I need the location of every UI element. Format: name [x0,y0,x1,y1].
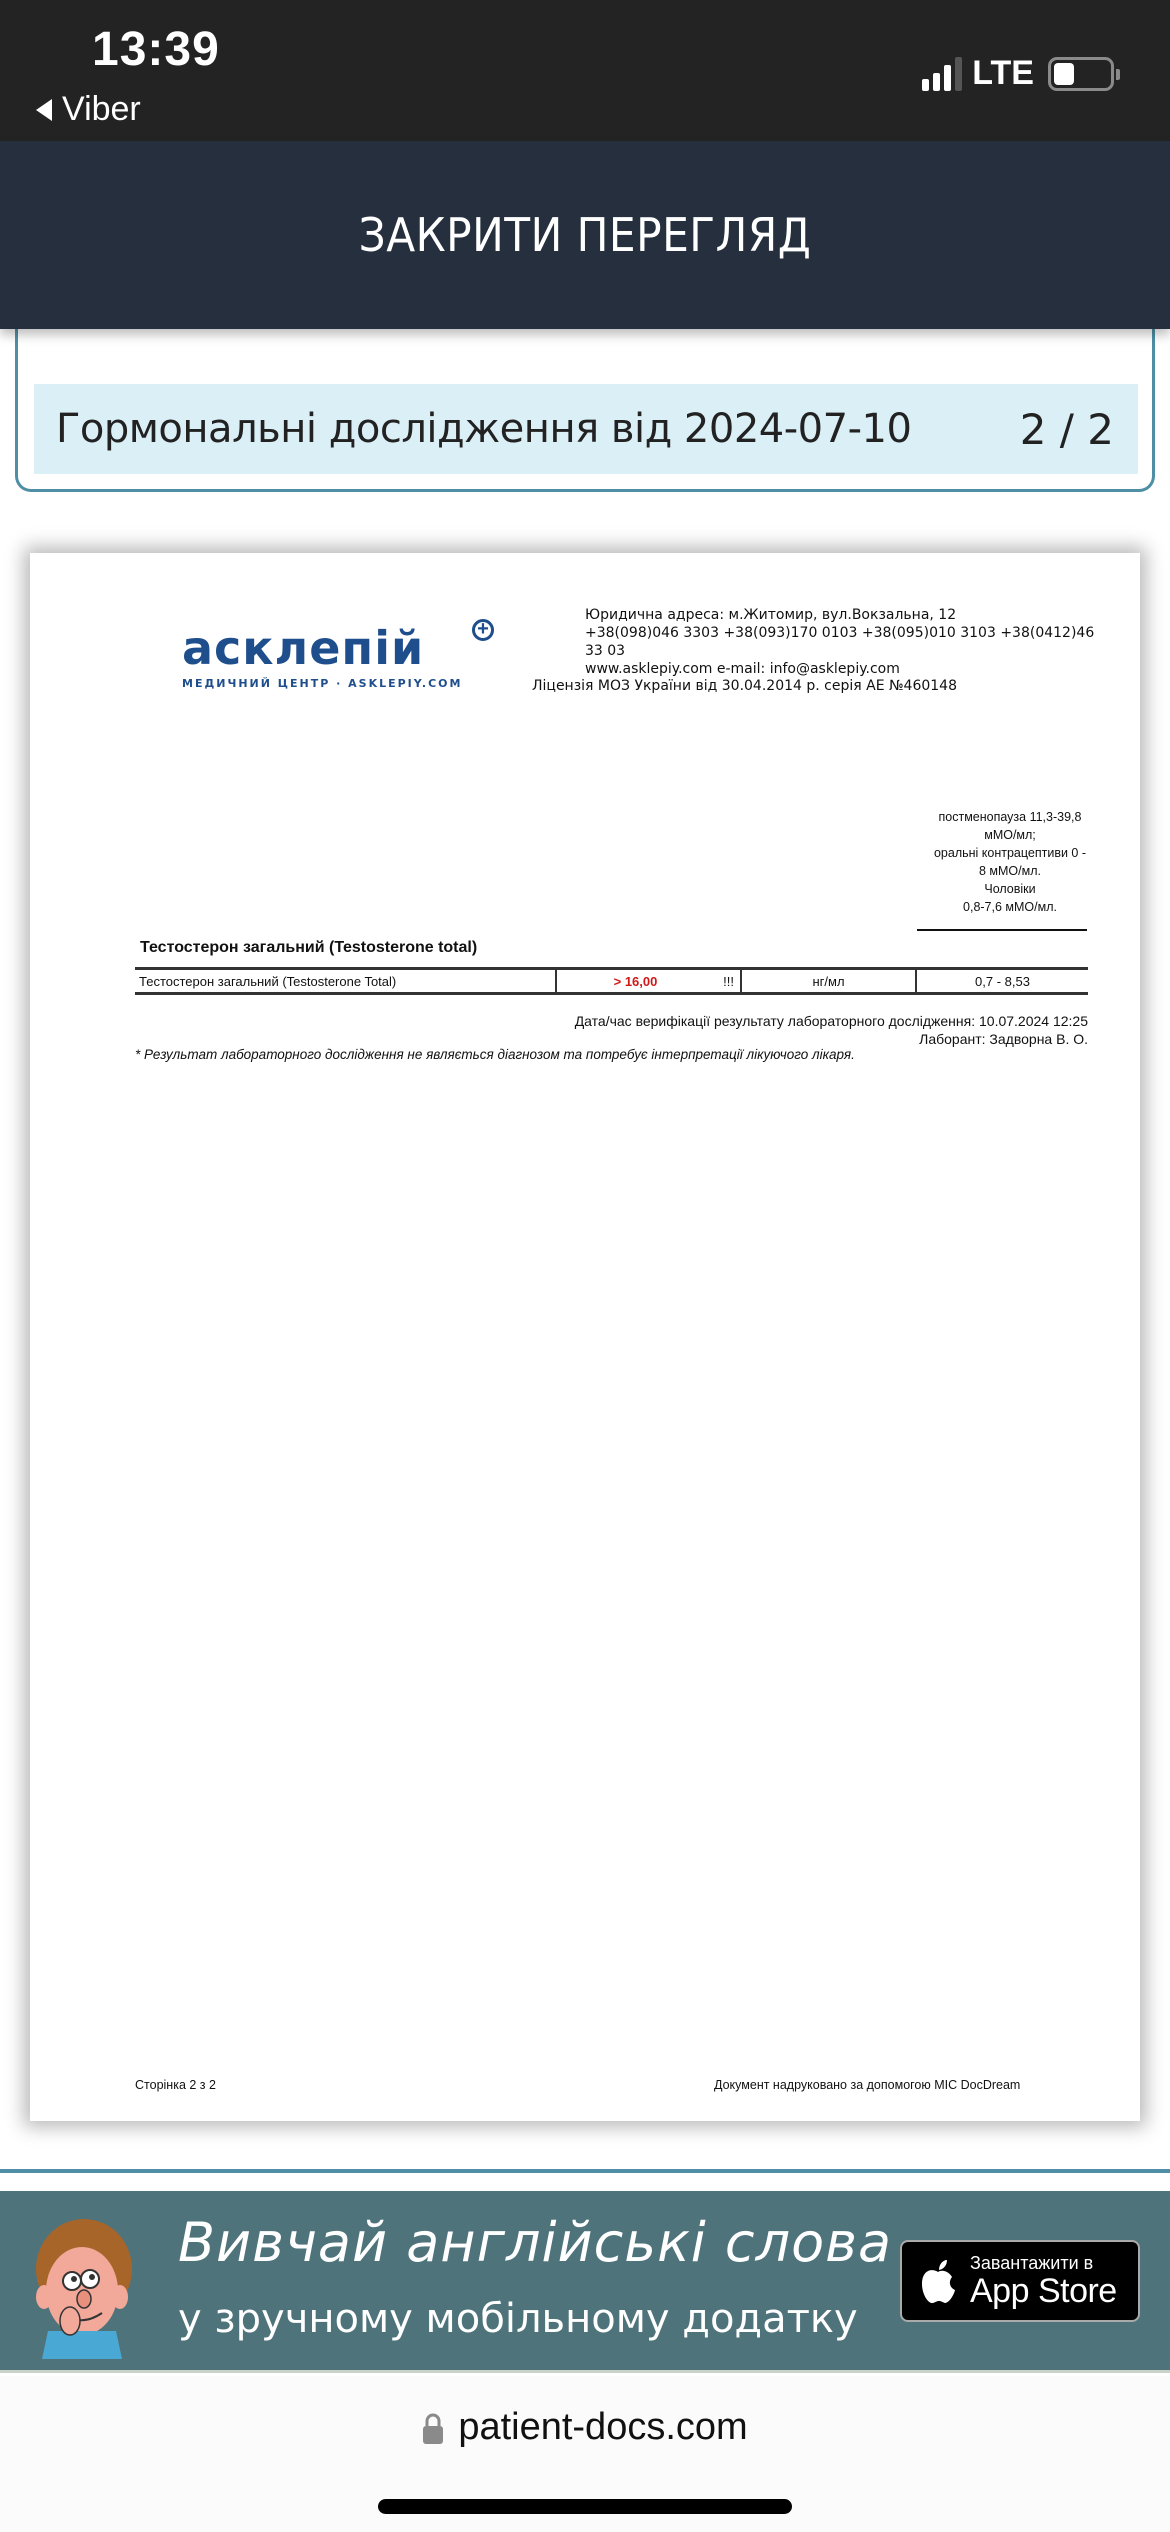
test-value-cell: > 16,00 !!! [557,970,742,992]
ad-banner[interactable]: Вивчай англійські слова у зручному мобіл… [0,2191,1170,2373]
plus-cross-icon: + [472,619,494,641]
clinic-phones-cont: 33 03 [585,642,1094,660]
close-preview-label: ЗАКРИТИ ПЕРЕГЛЯД [359,208,812,262]
lab-assistant: Лаборант: Задворна В. О. [575,1030,1088,1048]
disclaimer: * Результат лабораторного дослідження не… [135,1047,855,1062]
cartoon-boy-icon [22,2209,142,2359]
logo-subtitle: МЕДИЧНИЙ ЦЕНТР · ASKLEPIY.COM [182,677,462,690]
clinic-address: Юридична адреса: м.Житомир, вул.Вокзальн… [585,606,1094,624]
reference-note: постменопауза 11,3-39,8 мМО/мл; оральні … [920,808,1100,916]
home-indicator[interactable] [378,2499,792,2514]
table-row: Тестостерон загальний (Testosterone Tota… [135,967,1088,995]
page-footer-number: Сторінка 2 з 2 [135,2078,216,2092]
test-reference: 0,7 - 8,53 [917,970,1088,992]
back-to-app-button[interactable]: Viber [36,90,141,129]
page-footer-printed-by: Документ надруковано за допомогою МІС Do… [714,2078,1020,2092]
clinic-web-email: www.asklepiy.com e-mail: info@asklepiy.c… [585,660,1094,678]
status-indicators: LTE [922,54,1114,93]
status-bar: 13:39 Viber LTE [0,0,1170,141]
ad-subline: у зручному мобільному додатку [178,2296,858,2342]
clinic-license: Ліцензія МОЗ України від 30.04.2014 р. с… [532,678,957,694]
divider [917,929,1087,931]
lock-icon [422,2412,444,2444]
url-text: patient-docs.com [458,2406,747,2449]
verification-datetime: Дата/час верифікації результату лаборато… [575,1012,1088,1030]
test-value: > 16,00 [614,974,658,989]
test-name: Тестостерон загальний (Testosterone Tota… [135,970,557,992]
battery-icon [1048,57,1114,91]
app-store-button[interactable]: Завантажити в App Store [900,2240,1140,2322]
abnormal-flag: !!! [723,974,734,989]
divider [0,2169,1170,2173]
apple-icon [918,2258,958,2304]
store-caption: Завантажити в [970,2253,1117,2273]
ad-headline: Вивчай англійські слова [178,2211,892,2274]
signal-icon [922,57,962,91]
verification-info: Дата/час верифікації результату лаборато… [575,1012,1088,1048]
logo-wordmark: асклепій [182,625,462,671]
back-triangle-icon [36,99,52,121]
network-type: LTE [972,54,1034,93]
status-time: 13:39 [92,22,220,77]
browser-url-bar[interactable]: patient-docs.com [0,2376,1170,2532]
test-unit: нг/мл [742,970,917,992]
document-title-bar: Гормональні дослідження від 2024-07-10 2… [34,384,1138,474]
page-indicator: 2 / 2 [1020,405,1114,454]
test-section-title: Тестостерон загальний (Testosterone tota… [140,939,477,957]
clinic-logo: асклепій + МЕДИЧНИЙ ЦЕНТР · ASKLEPIY.COM [182,625,462,690]
clinic-phones: +38(098)046 3303 +38(093)170 0103 +38(09… [585,624,1094,642]
store-name: App Store [970,2273,1117,2309]
document-page: асклепій + МЕДИЧНИЙ ЦЕНТР · ASKLEPIY.COM… [30,553,1140,2121]
close-preview-button[interactable]: ЗАКРИТИ ПЕРЕГЛЯД [0,141,1170,329]
document-title: Гормональні дослідження від 2024-07-10 [56,406,911,452]
back-app-label: Viber [62,90,141,129]
clinic-contacts: Юридична адреса: м.Житомир, вул.Вокзальн… [585,606,1094,678]
